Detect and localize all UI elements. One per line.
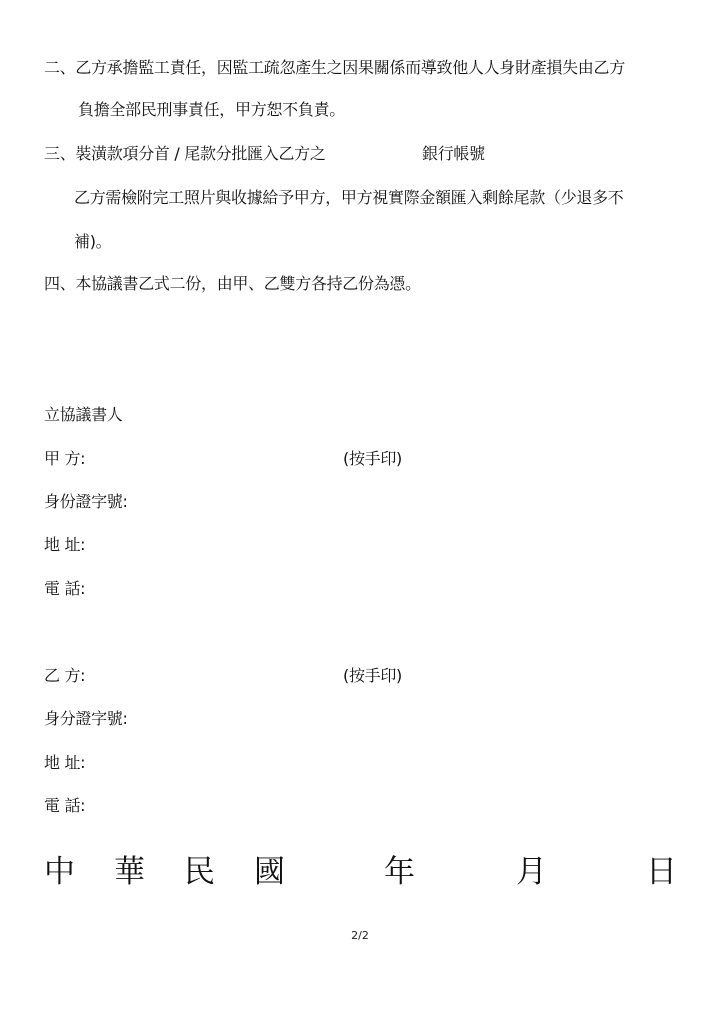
party-b-id-label: 身分證字號: [44,709,128,729]
clause-3-payment-text: 三、裝潢款項分首 / 尾款分批匯入乙方之 [44,144,326,163]
date-char-hua: 華 [114,852,145,892]
clause-2-line-1: 二、乙方承擔監工責任，因監工疏忽產生之因果關係而導致他人人身財產損失由乙方 [44,58,625,78]
party-a-phone-label: 電 話: [44,579,85,599]
signatories-heading: 立協議書人 [44,405,123,425]
page-number: 2/2 [0,929,720,942]
clause-3-line-3: 補)。 [74,232,111,252]
party-b-thumbprint-label: (按手印) [343,666,402,686]
date-char-guo: 國 [254,852,285,892]
clause-3-line-2: 乙方需檢附完工照片與收據給予甲方，甲方視實際金額匯入剩餘尾款（少退多不 [74,188,624,208]
clause-4-line-1: 四、本協議書乙式二份，由甲、乙雙方各持乙份為憑。 [44,274,421,294]
date-month-label: 月 [516,852,547,892]
clause-3-bank-account-label: 銀行帳號 [422,144,485,164]
party-a-thumbprint-label: (按手印) [343,449,402,469]
party-b-phone-label: 電 話: [44,796,85,816]
party-a-address-label: 地 址: [44,535,85,555]
date-year-label: 年 [384,852,415,892]
party-b-name-label: 乙 方: [44,666,85,686]
clause-2-line-2: 負擔全部民刑事責任，甲方恕不負責。 [78,100,345,120]
date-char-zhong: 中 [44,852,75,892]
party-a-name-label: 甲 方: [44,449,85,469]
clause-3-line-1: 三、裝潢款項分首 / 尾款分批匯入乙方之 [44,144,326,164]
party-b-address-label: 地 址: [44,753,85,773]
date-day-label: 日 [646,852,677,892]
party-a-id-label: 身份證字號: [44,492,128,512]
date-char-min: 民 [184,852,215,892]
